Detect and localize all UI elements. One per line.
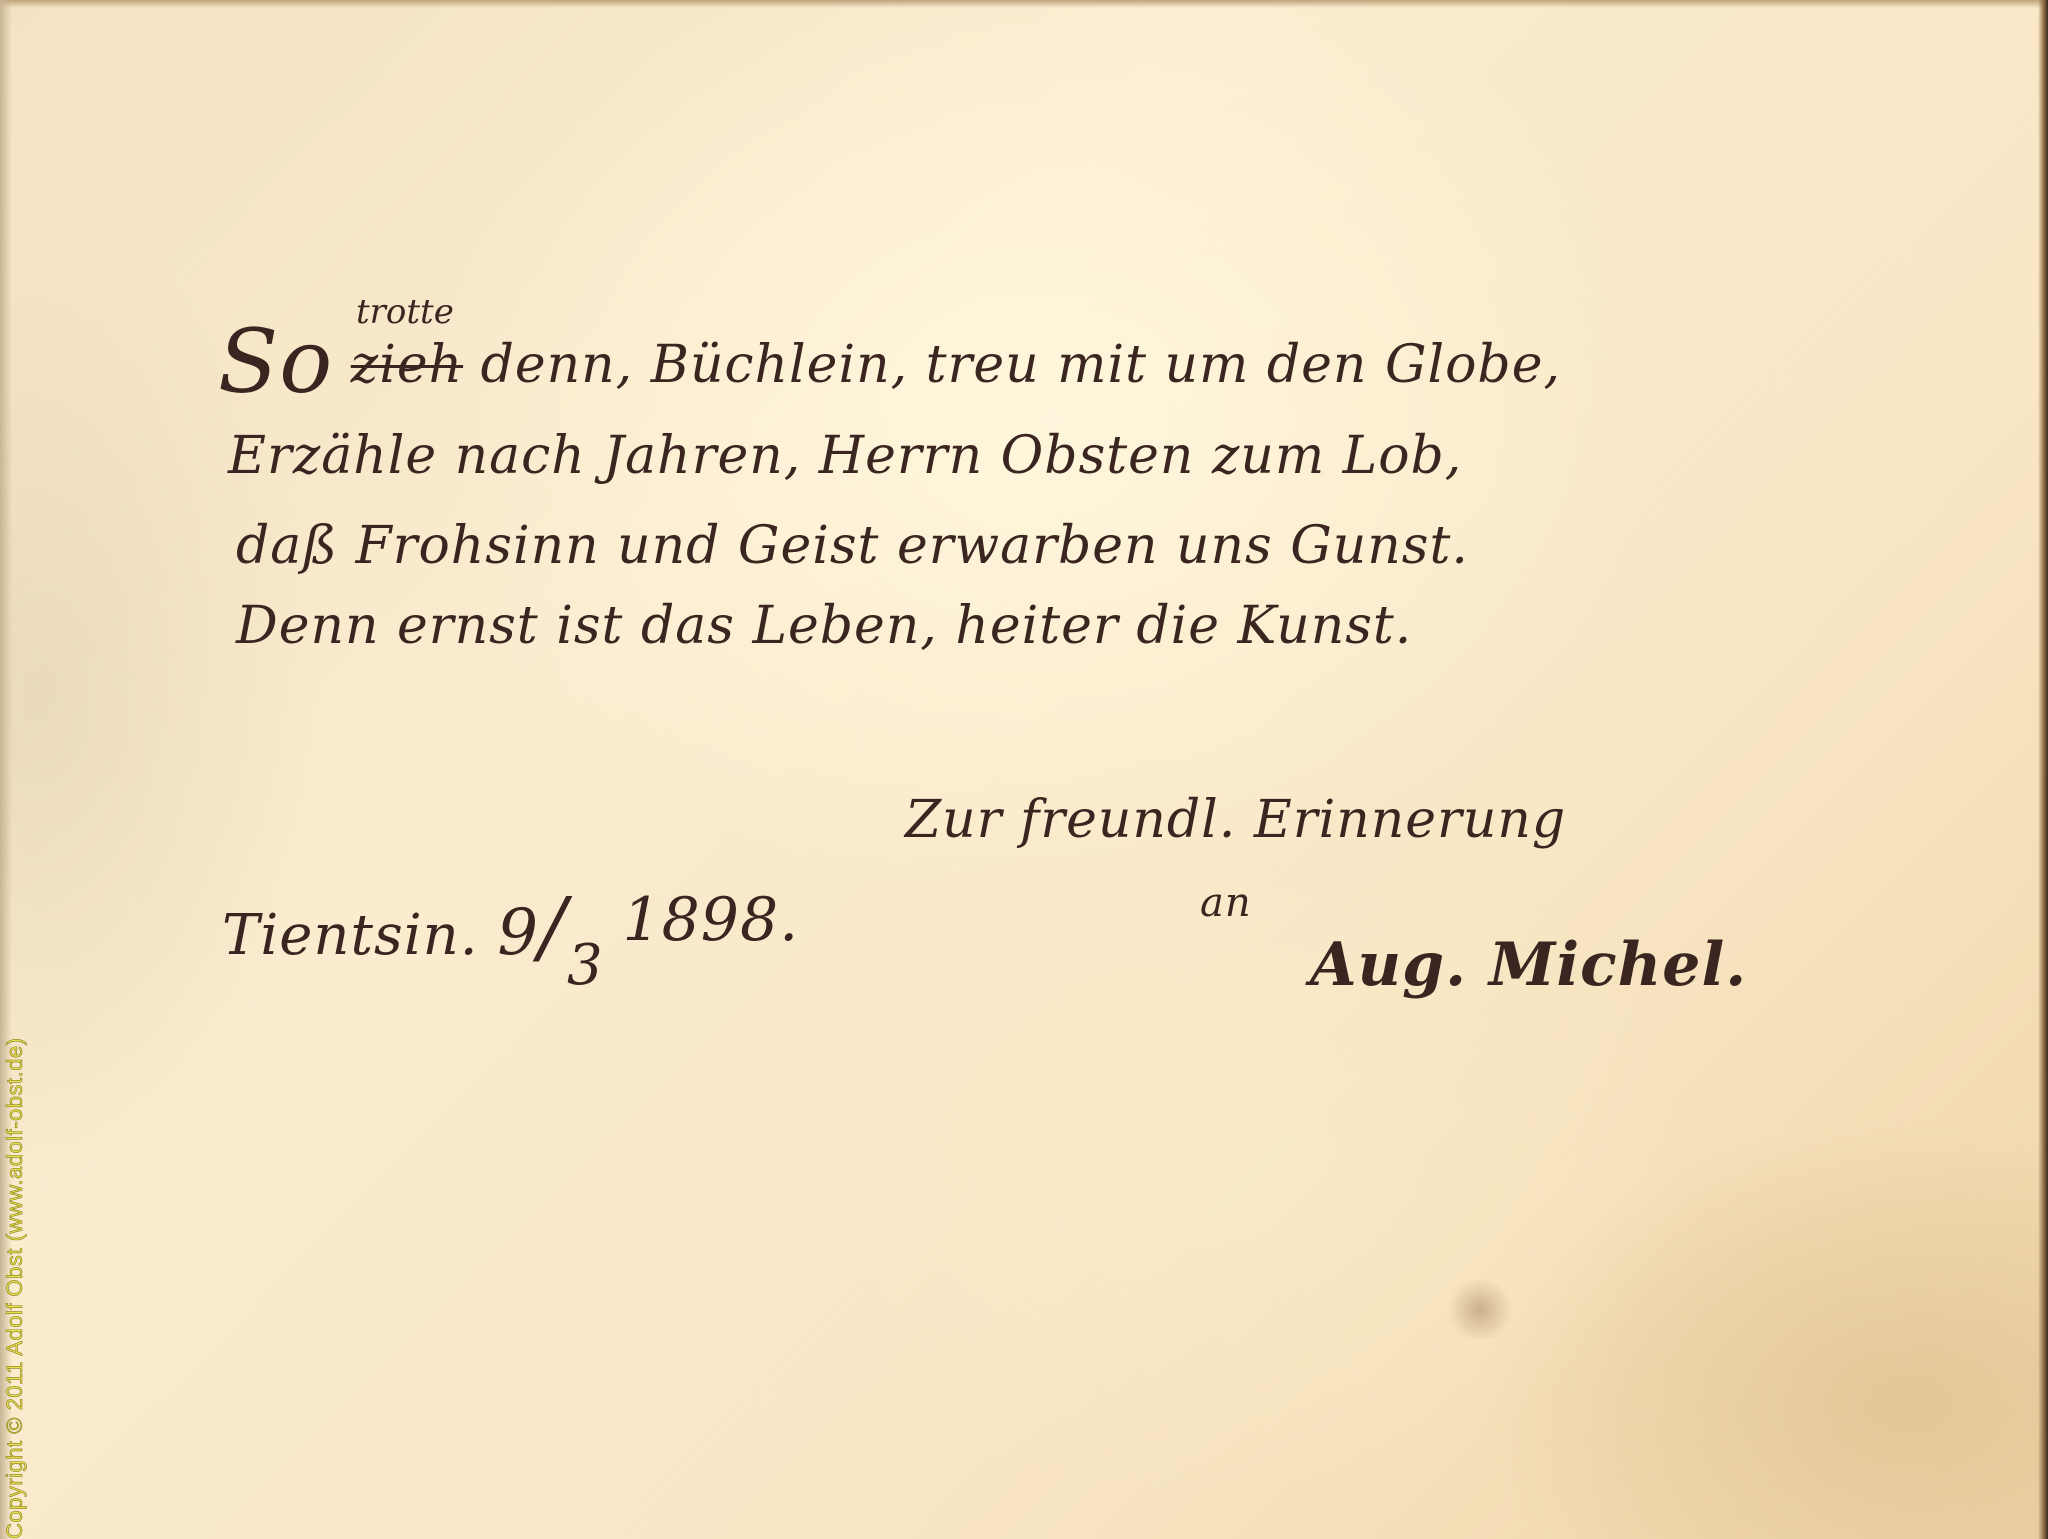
struck-word: zieh [351,335,463,395]
verse-line-4: Denn ernst ist das Leben, heiter die Kun… [236,600,1412,652]
place: Tientsin. [222,903,479,968]
verse-line-3: daß Frohsinn und Geist erwarben uns Guns… [236,520,1469,572]
verse-line-1: So zieh denn, Büchlein, treu mit um den … [218,318,1561,406]
dedication-preposition: an [1200,880,1252,926]
place-date: Tientsin. 9/3 1898. [222,880,799,998]
page-right-edge [2038,0,2048,1539]
date-year: 1898. [622,885,799,955]
dedication: Zur freundl. Erinnerung [905,790,1566,850]
date-month: 3 [567,933,604,998]
page-top-edge [0,0,2048,8]
album-page: trotte So zieh denn, Büchlein, treu mit … [0,0,2048,1539]
verse-initial: So [218,310,333,413]
copyright-watermark: Copyright © 2011 Adolf Obst (www.adolf-o… [2,879,28,1539]
verse-line-2: Erzähle nach Jahren, Herrn Obsten zum Lo… [228,430,1462,482]
verse-line-text: denn, Büchlein, treu mit um den Globe, [481,335,1561,395]
date-day: 9 [497,896,539,970]
paper-stain [1445,1280,1515,1340]
signature: Aug. Michel. [1310,930,1747,1000]
